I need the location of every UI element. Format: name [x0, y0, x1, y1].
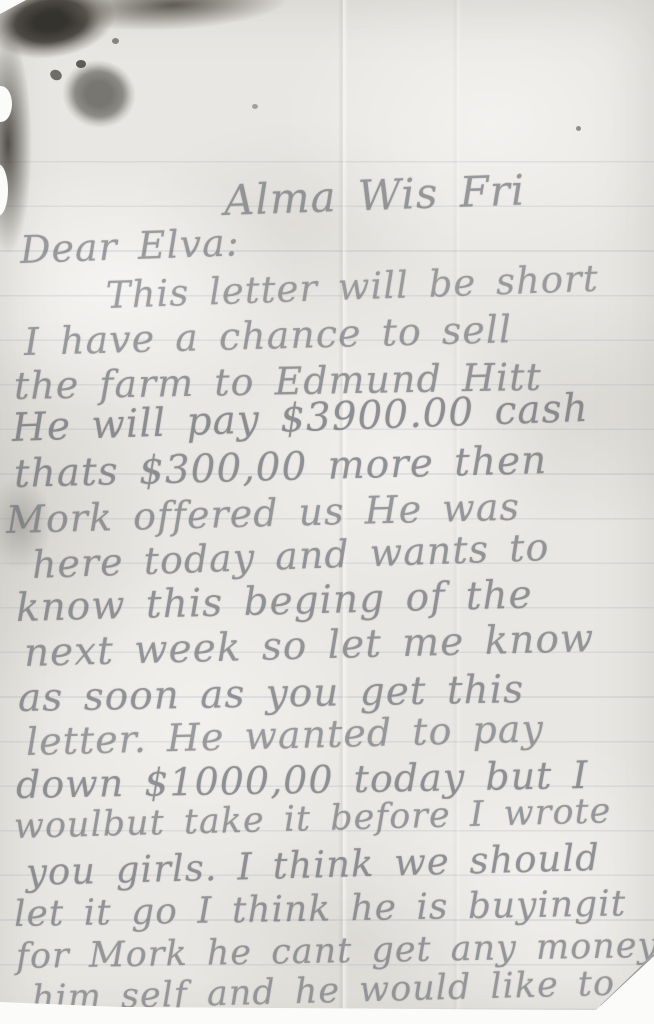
letter-paper: Alma Wis Fri Dear Elva: This letter will…	[0, 0, 654, 1024]
speck-2	[48, 68, 63, 83]
speck-1	[76, 60, 86, 68]
speck-3	[112, 38, 119, 44]
speck-5	[252, 104, 258, 109]
salutation: Dear Elva:	[19, 220, 240, 272]
dateline: Alma Wis Fri	[223, 165, 526, 224]
speck-4	[576, 126, 581, 131]
scanned-letter: Alma Wis Fri Dear Elva: This letter will…	[0, 0, 654, 1024]
